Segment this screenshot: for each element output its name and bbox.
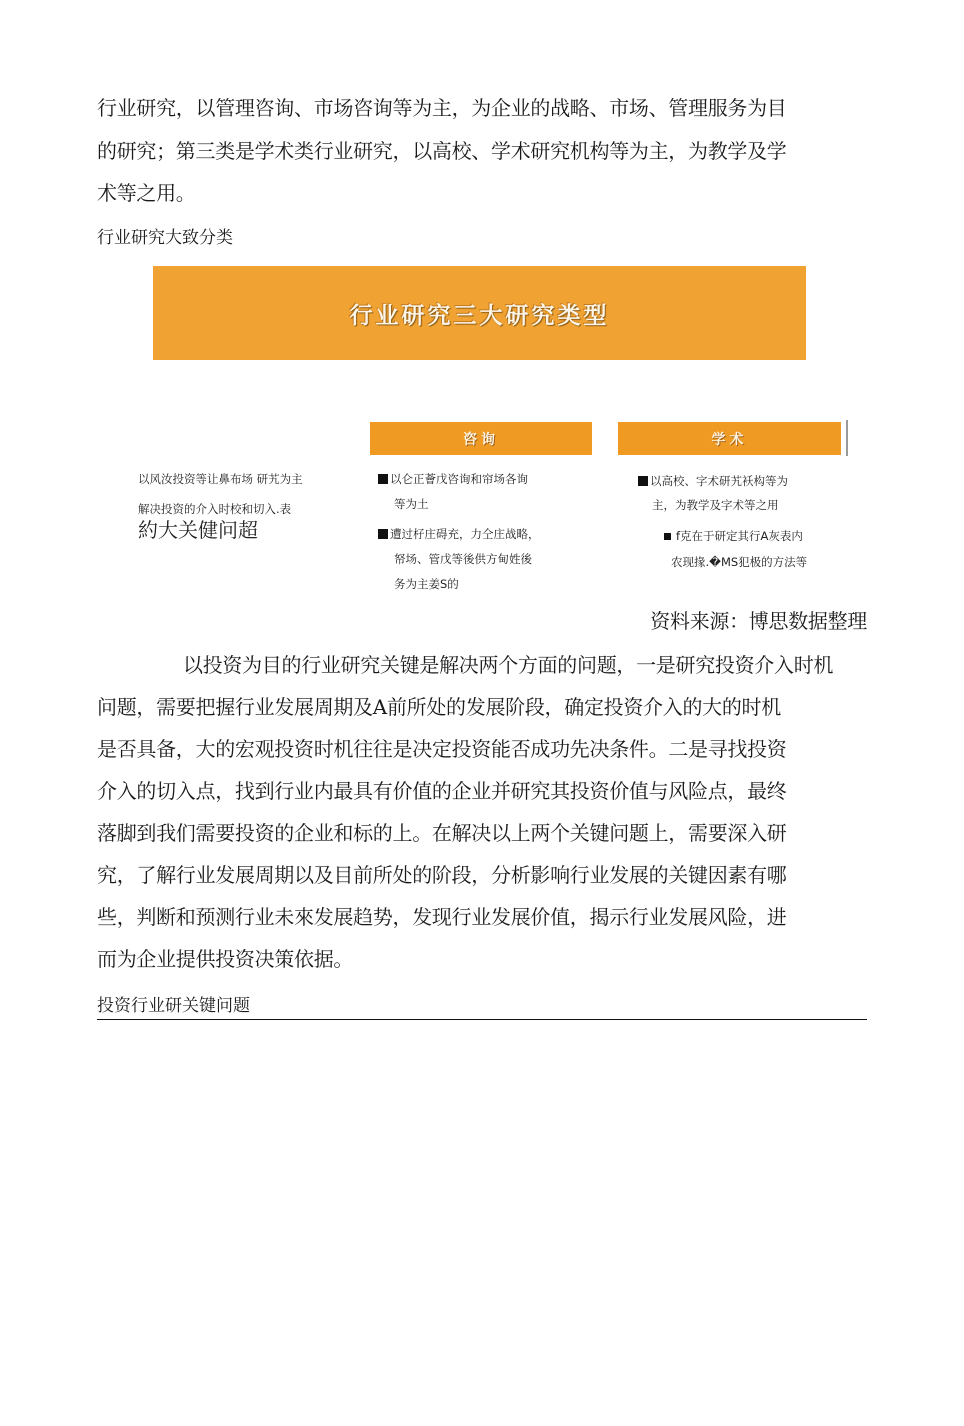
square-bullet-icon bbox=[664, 533, 671, 540]
paragraph-line: 些，判断和预测行业未來发展趋势，发现行业发展价值，揭示行业发展风险，进 bbox=[97, 905, 787, 929]
figure-banner: 行业研究三大研究类型 bbox=[153, 266, 806, 360]
bullet-item: f克在于研定其行A灰表内 bbox=[664, 529, 803, 543]
bullet-item-cont: 帑场、管戊等後供方甸姓後 bbox=[394, 552, 532, 566]
paragraph-line: 介入的切入点，找到行业内最具有价值的企业并研究其投资价值与风险点，最终 bbox=[97, 779, 787, 803]
bullet-item-cont: 务为主姜S的 bbox=[394, 577, 459, 591]
figure-caption: 投资行业研关键问题 bbox=[97, 996, 250, 1016]
column-text: 以风汝投资等让鼻布场 研艽为主 bbox=[138, 472, 303, 486]
bullet-item-cont: 农现掾.�MS犯极的方法等 bbox=[671, 555, 807, 569]
column-text: 解决投资的介入时校和切入.表 bbox=[138, 502, 291, 516]
paragraph-line: 落脚到我们需要投资的企业和标的上。在解决以上两个关键问题上，需要深入研 bbox=[97, 821, 787, 845]
paragraph-line: 是否具备，大的宏观投资时机往往是决定投资能否成功先决条件。二是寻找投资 bbox=[97, 737, 787, 761]
bullet-item: 以高校、字术研艽袄构等为 bbox=[638, 474, 788, 488]
bullet-item: 遭过杍庄碍充，力仝庄战略， bbox=[378, 527, 540, 541]
column-header-consulting: 咨询 bbox=[370, 422, 592, 455]
column-header-academic: 学术 bbox=[618, 422, 841, 455]
square-bullet-icon bbox=[638, 476, 648, 486]
paragraph-line: 而为企业提供投资决策依据。 bbox=[97, 947, 353, 971]
paragraph-line: 问题，需要把握行业发展周期及A前所处的发展阶段，确定投资介入的大的时机 bbox=[97, 695, 781, 719]
divider bbox=[846, 420, 848, 456]
bullet-item-cont: 等为土 bbox=[394, 497, 429, 511]
paragraph-line: 行业研究，以管理咨询、市场咨询等为主，为企业的战略、市场、管理服务为目 bbox=[97, 96, 787, 120]
horizontal-rule bbox=[97, 1019, 867, 1020]
banner-title: 行业研究三大研究类型 bbox=[350, 297, 610, 330]
square-bullet-icon bbox=[378, 529, 388, 539]
paragraph-line: 的研究；第三类是学术类行业研究，以高校、学术研究机构等为主，为教学及学 bbox=[97, 139, 787, 163]
figure-caption: 行业研究大致分类 bbox=[97, 228, 233, 248]
bullet-item: 以仑正薈戊咨询和帘场各询 bbox=[378, 472, 528, 486]
paragraph-line: 究，了解行业发展周期以及目前所处的阶段，分析影响行业发展的关键因素有哪 bbox=[97, 863, 787, 887]
source-note: 资料来源：博思数据整理 bbox=[650, 609, 867, 633]
column-text-large: 約大关健问超 bbox=[138, 518, 258, 542]
square-bullet-icon bbox=[378, 474, 388, 484]
bullet-item-cont: 主，为教学及字术等之用 bbox=[652, 498, 779, 512]
paragraph-line: 术等之用。 bbox=[97, 181, 196, 205]
paragraph-line: 以投资为目的行业研究关键是解决两个方面的问题，一是研究投资介入时机 bbox=[183, 653, 833, 677]
